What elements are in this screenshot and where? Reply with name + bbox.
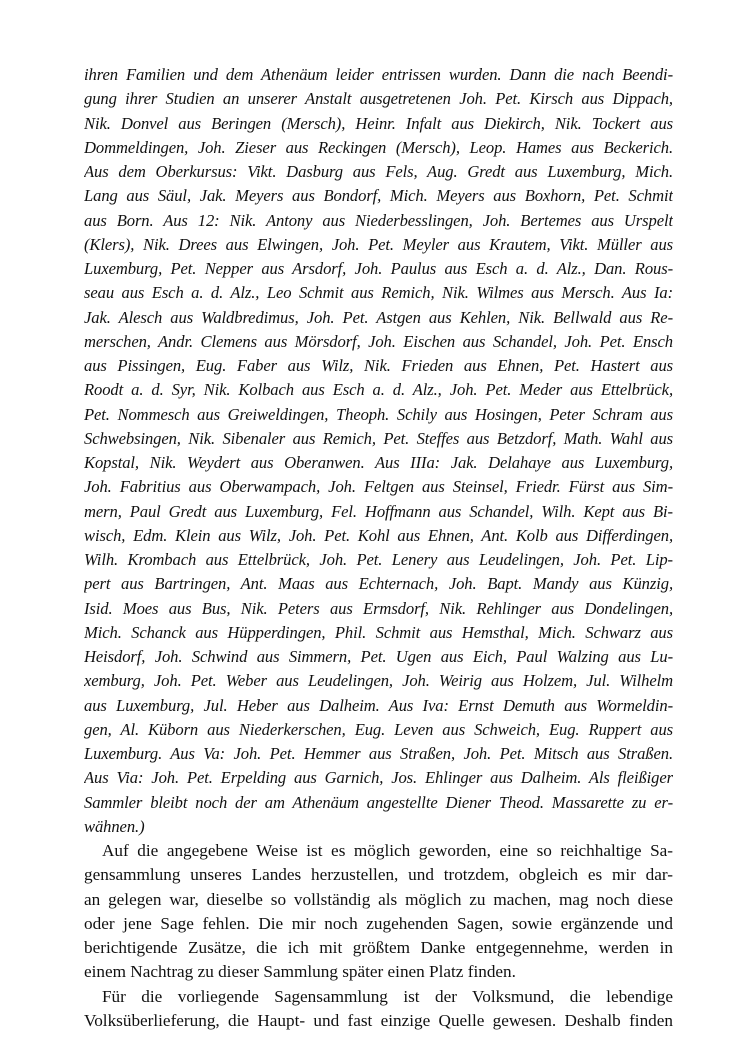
text-line: Isid. Moes aus Bus, Nik. Peters aus Erms…	[84, 597, 673, 621]
text-line: gensammlung unseres Landes herzustellen,…	[84, 863, 673, 887]
text-line: seau aus Esch a. d. Alz., Leo Schmit aus…	[84, 281, 673, 305]
text-line: berichtigende Zusätze, die ich mit größt…	[84, 936, 673, 960]
text-line: gen, Al. Küborn aus Niederkerschen, Eug.…	[84, 718, 673, 742]
text-line: merschen, Andr. Clemens aus Mörsdorf, Jo…	[84, 330, 673, 354]
text-line: xemburg, Joh. Pet. Weber aus Leudelingen…	[84, 669, 673, 693]
text-line: aus Born. Aus 12: Nik. Antony aus Nieder…	[84, 209, 673, 233]
text-line: einem Nachtrag zu dieser Sammlung später…	[84, 960, 673, 984]
text-line: Roodt a. d. Syr, Nik. Kolbach aus Esch a…	[84, 378, 673, 402]
text-line: Schwebsingen, Nik. Sibenaler aus Remich,…	[84, 427, 673, 451]
text-line: Aus dem Oberkursus: Vikt. Dasburg aus Fe…	[84, 160, 673, 184]
text-line: ihren Familien und dem Athenäum leider e…	[84, 63, 673, 87]
text-line: Aus Via: Joh. Pet. Erpelding aus Garnich…	[84, 766, 673, 790]
text-line: wähnen.)	[84, 815, 673, 839]
text-line: Wilh. Krombach aus Ettelbrück, Joh. Pet.…	[84, 548, 673, 572]
paragraph-sources: Für die vorliegende Sagensammlung ist de…	[84, 985, 673, 1034]
text-line: mern, Paul Gredt aus Luxemburg, Fel. Hof…	[84, 500, 673, 524]
text-line: Für die vorliegende Sagensammlung ist de…	[84, 985, 673, 1009]
text-line: Luxemburg. Aus Va: Joh. Pet. Hemmer aus …	[84, 742, 673, 766]
document-page: ihren Familien und dem Athenäum leider e…	[84, 63, 673, 1033]
paragraph-collection-note: Auf die angegebene Weise ist es möglich …	[84, 839, 673, 985]
text-line: Sammler bleibt noch der am Athenäum ange…	[84, 791, 673, 815]
text-line: aus Luxemburg, Jul. Heber aus Dalheim. A…	[84, 694, 673, 718]
text-line: Pet. Nommesch aus Greiweldingen, Theoph.…	[84, 403, 673, 427]
text-line: Jak. Alesch aus Waldbredimus, Joh. Pet. …	[84, 306, 673, 330]
text-line: Dommeldingen, Joh. Zieser aus Reckingen …	[84, 136, 673, 160]
text-line: Heisdorf, Joh. Schwind aus Simmern, Pet.…	[84, 645, 673, 669]
text-line: oder jene Sage fehlen. Die mir noch zuge…	[84, 912, 673, 936]
text-line: an gelegen war, dieselbe so vollständig …	[84, 888, 673, 912]
text-line: Joh. Fabritius aus Oberwampach, Joh. Fel…	[84, 475, 673, 499]
paragraph-name-list: ihren Familien und dem Athenäum leider e…	[84, 63, 673, 839]
text-line: Luxemburg, Pet. Nepper aus Arsdorf, Joh.…	[84, 257, 673, 281]
text-line: pert aus Bartringen, Ant. Maas aus Echte…	[84, 572, 673, 596]
text-line: Nik. Donvel aus Beringen (Mersch), Heinr…	[84, 112, 673, 136]
text-line: wisch, Edm. Klein aus Wilz, Joh. Pet. Ko…	[84, 524, 673, 548]
text-line: Volksüberlieferung, die Haupt- und fast …	[84, 1009, 673, 1033]
text-line: aus Pissingen, Eug. Faber aus Wilz, Nik.…	[84, 354, 673, 378]
text-line: Mich. Schanck aus Hüpperdingen, Phil. Sc…	[84, 621, 673, 645]
text-line: Auf die angegebene Weise ist es möglich …	[84, 839, 673, 863]
text-line: (Klers), Nik. Drees aus Elwingen, Joh. P…	[84, 233, 673, 257]
text-line: gung ihrer Studien an unserer Anstalt au…	[84, 87, 673, 111]
text-line: Lang aus Säul, Jak. Meyers aus Bondorf, …	[84, 184, 673, 208]
text-line: Kopstal, Nik. Weydert aus Oberanwen. Aus…	[84, 451, 673, 475]
